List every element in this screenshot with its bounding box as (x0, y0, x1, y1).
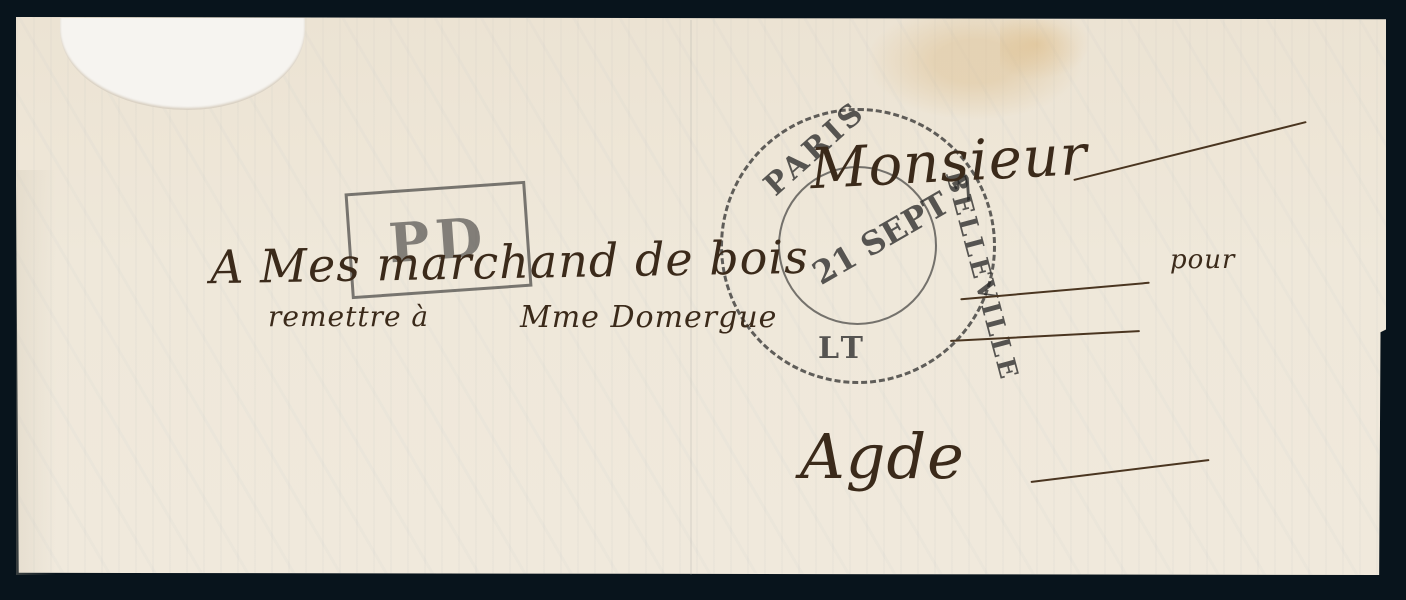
paper-stain (1000, 20, 1090, 80)
address-line-1-suffix: pour (1170, 245, 1235, 275)
address-line-2: Mme Domergue (520, 300, 777, 335)
address-city: Agde (800, 420, 965, 493)
fold-line (690, 20, 692, 575)
address-line-1: A Mes marchand de bois (210, 230, 810, 294)
paper-fold-shading (16, 170, 56, 575)
address-line-2-prefix: remettre à (268, 300, 429, 333)
postmark-bottom-text: LT (818, 331, 867, 366)
